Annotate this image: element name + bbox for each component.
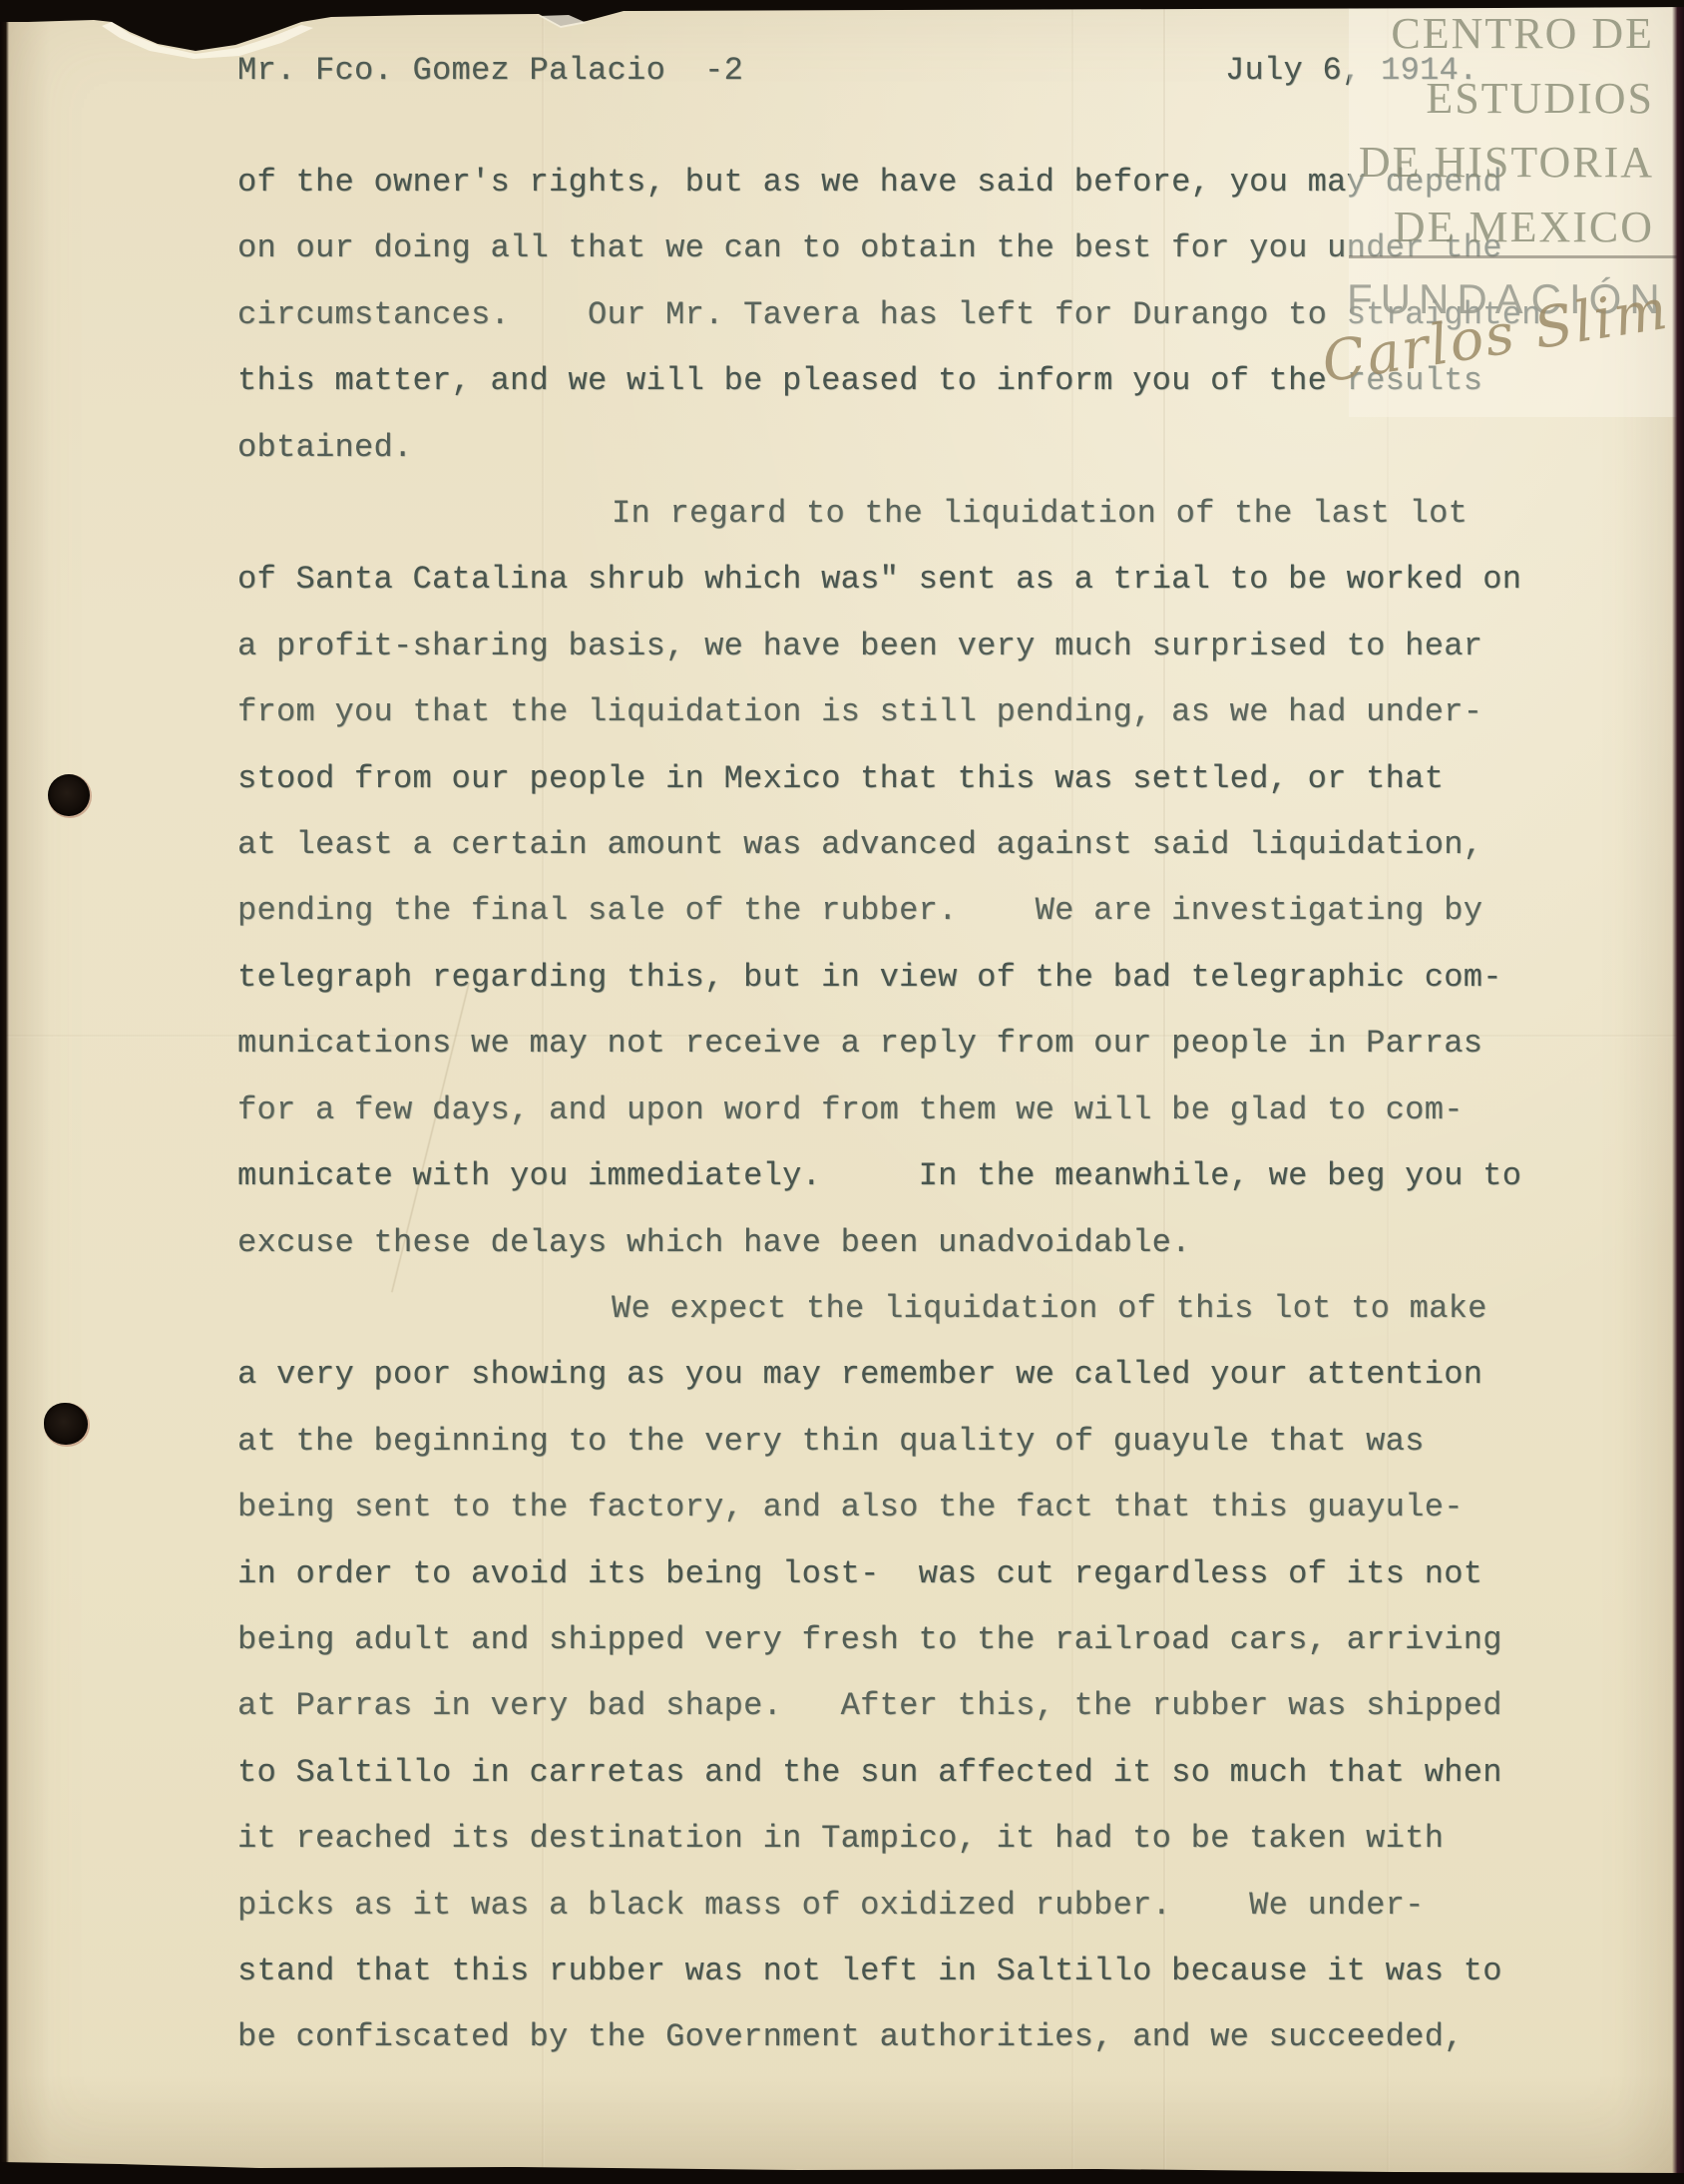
letter-body: of the owner's rights, but as we have sa…	[237, 150, 1564, 2071]
typewritten-line: municate with you immediately. In the me…	[237, 1143, 1564, 1209]
typewritten-line: at Parras in very bad shape. After this,…	[237, 1673, 1564, 1739]
typewritten-line: to Saltillo in carretas and the sun affe…	[237, 1740, 1564, 1806]
typewritten-line: for a few days, and upon word from them …	[237, 1078, 1564, 1143]
scan-edge-left	[0, 0, 9, 2184]
typewritten-line: We expect the liquidation of this lot to…	[237, 1276, 1564, 1342]
typewritten-line: munications we may not receive a reply f…	[237, 1011, 1564, 1077]
typewritten-line: at the beginning to the very thin qualit…	[237, 1409, 1564, 1475]
typewritten-line: from you that the liquidation is still p…	[237, 679, 1564, 745]
typewritten-line: telegraph regarding this, but in view of…	[237, 945, 1564, 1011]
typewritten-line: picks as it was a black mass of oxidized…	[237, 1873, 1564, 1939]
typewritten-line: circumstances. Our Mr. Tavera has left f…	[237, 282, 1564, 348]
typewritten-line: pending the final sale of the rubber. We…	[237, 878, 1564, 944]
typewritten-line: in order to avoid its being lost- was cu…	[237, 1541, 1564, 1607]
typewritten-line: it reached its destination in Tampico, i…	[237, 1806, 1564, 1872]
typed-text-layer: Mr. Fco. Gomez Palacio -2 July 6, 1914. …	[0, 0, 1684, 2184]
typewritten-line: excuse these delays which have been unad…	[237, 1210, 1564, 1276]
scan-edge-bottom	[0, 2135, 1684, 2184]
typewritten-line: of Santa Catalina shrub which wasʺ sent …	[237, 547, 1564, 613]
punch-hole	[44, 1403, 88, 1445]
typewritten-line: stand that this rubber was not left in S…	[237, 1939, 1564, 2004]
typewritten-line: stood from our people in Mexico that thi…	[237, 746, 1564, 812]
scanned-letter-page: Mr. Fco. Gomez Palacio -2 July 6, 1914. …	[0, 0, 1684, 2184]
typewritten-line: a profit-sharing basis, we have been ver…	[237, 614, 1564, 679]
typewritten-line: on our doing all that we can to obtain t…	[237, 216, 1564, 281]
typewritten-line: of the owner's rights, but as we have sa…	[237, 150, 1564, 216]
typewritten-line: being adult and shipped very fresh to th…	[237, 1607, 1564, 1673]
typewritten-line: a very poor showing as you may remember …	[237, 1342, 1564, 1408]
typewritten-line: In regard to the liquidation of the last…	[237, 481, 1564, 547]
typewritten-line: obtained.	[237, 415, 1564, 481]
typewritten-line: being sent to the factory, and also the …	[237, 1475, 1564, 1540]
scan-edge-right	[1672, 0, 1684, 2184]
typewritten-line: be confiscated by the Government authori…	[237, 2004, 1564, 2070]
punch-hole	[48, 774, 90, 816]
typewritten-line: at least a certain amount was advanced a…	[237, 812, 1564, 878]
typewritten-line: this matter, and we will be pleased to i…	[237, 348, 1564, 414]
scan-edge-top-torn	[0, 0, 1684, 62]
